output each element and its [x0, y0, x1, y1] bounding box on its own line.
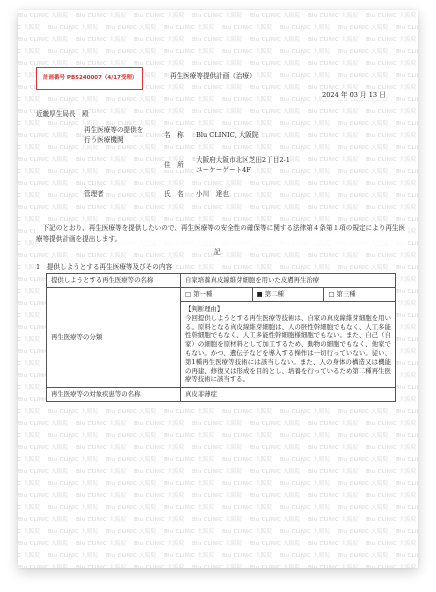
class-option-1: □ 第一種 — [181, 288, 252, 301]
plan-number-stamp: 計画番号 PB5240007（4/17受理） — [36, 67, 143, 90]
name-value-cell: 自家培養真皮線維芽細胞を用いた皮膚再生治療 — [181, 274, 396, 288]
manager-label: 管理者 — [84, 190, 104, 199]
ki-heading: 記 — [214, 248, 221, 257]
manager-name: 小川 達也 — [196, 190, 229, 199]
addressee: 近畿厚生局長 殿 — [36, 110, 89, 119]
disease-label-cell: 再生医療等の対象疾患等の名称 — [47, 388, 181, 402]
address-line-2: ユーケーゲート4F — [196, 166, 251, 175]
provider-label-2: 行う医療機関 — [84, 136, 124, 145]
provision-table: 提供しようとする再生医療等の名称 自家培養真皮線維芽細胞を用いた皮膚再生治療 再… — [46, 273, 396, 402]
section-1-heading: 1 提供しようとする再生医療等及びその内容 — [36, 263, 172, 272]
document-content: 計画番号 PB5240007（4/17受理） 再生医療等提供計画（治療） 202… — [18, 10, 418, 568]
name-label: 名 称 — [164, 131, 184, 140]
document-title: 再生医療等提供計画（治療） — [170, 72, 256, 81]
reason-heading: 【判断理由】 — [185, 305, 391, 314]
submission-date: 2024 年 03 月 13 日 — [322, 91, 386, 100]
clinic-name: Blu CLINIC, 大阪院 — [196, 131, 258, 140]
disease-value-cell: 真皮菲薄症 — [181, 388, 396, 402]
classification-label-cell: 再生医療等の分類 — [47, 288, 181, 388]
address-line-1: 大阪府大阪市北区芝田2丁目2-1 — [196, 156, 290, 165]
table-row: 提供しようとする再生医療等の名称 自家培養真皮線維芽細胞を用いた皮膚再生治療 — [47, 274, 396, 288]
classification-cell: □ 第一種 ■ 第二種 □ 第三種 【判断理由】 今回提供しようとする再生医療等… — [181, 288, 396, 388]
name-label-cell: 提供しようとする再生医療等の名称 — [47, 274, 181, 288]
address-label: 住 所 — [164, 161, 184, 170]
reason-block: 【判断理由】 今回提供しようとする再生医療等技術は、自家の真皮線維芽細胞を用いる… — [181, 302, 395, 387]
classification-options: □ 第一種 ■ 第二種 □ 第三種 — [181, 288, 395, 302]
class-option-2: ■ 第二種 — [252, 288, 324, 301]
provider-label-1: 再生医療等の提供を — [84, 126, 143, 135]
person-label: 氏 名 — [164, 190, 184, 199]
class-option-3: □ 第三種 — [323, 288, 395, 301]
document-page: Blu CLINIC 大阪院Blu CLINIC 大阪院Blu CLINIC 大… — [18, 10, 418, 568]
intro-paragraph: 下記のとおり、再生医療等を提供したいので、再生医療等の安全性の確保等に関する法律… — [36, 223, 408, 245]
table-row: 再生医療等の対象疾患等の名称 真皮菲薄症 — [47, 388, 396, 402]
table-row: 再生医療等の分類 □ 第一種 ■ 第二種 □ 第三種 【判断理由】 今回提供しよ… — [47, 288, 396, 388]
reason-text: 今回提供しようとする再生医療等技術は、自家の真皮線維芽細胞を用いる。原料となる真… — [185, 314, 391, 384]
